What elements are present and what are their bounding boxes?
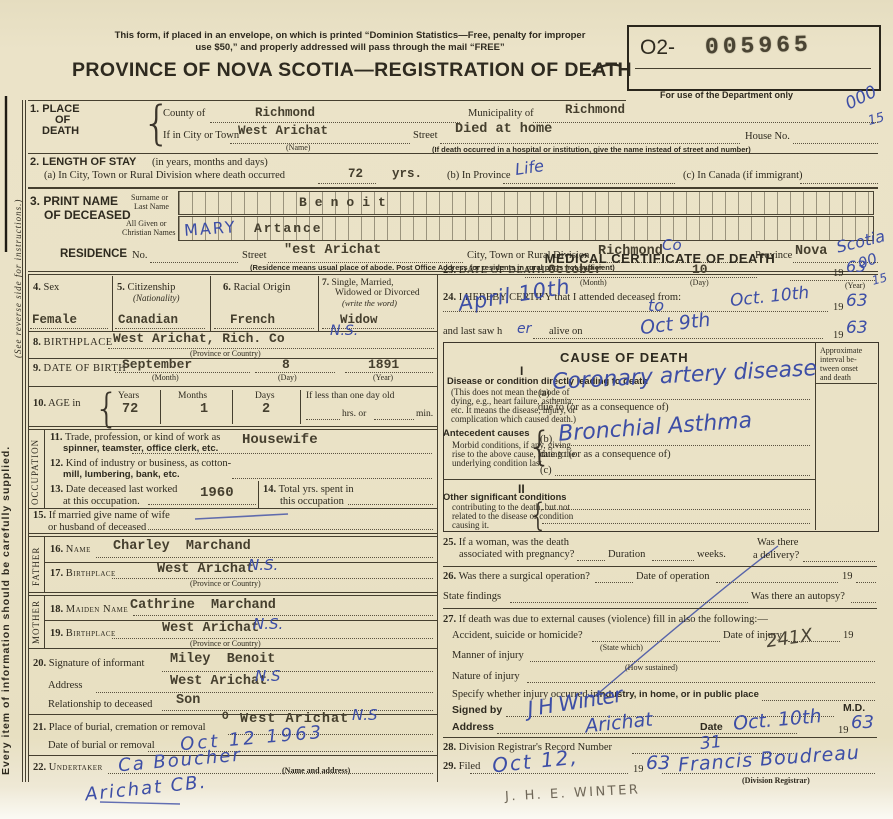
s10-div1	[160, 390, 161, 424]
s10-label: 10. AGE in	[33, 398, 81, 409]
street-field-line	[440, 142, 740, 144]
s6-text: Racial Origin	[234, 282, 291, 293]
s13-field-line	[148, 503, 256, 505]
mail-note-line2: use $50,” and properly addressed will pa…	[90, 42, 610, 53]
s13-label1: 13. Date deceased last worked	[50, 484, 177, 495]
s9-year-value: 1891	[368, 357, 399, 372]
s26-findings-line	[510, 601, 748, 603]
s21-pre-value: O	[222, 711, 229, 723]
s26-number: 26.	[443, 571, 456, 582]
s12-label1: 12. Kind of industry or business, as cot…	[50, 458, 231, 469]
s5-s6-divider	[210, 276, 211, 331]
s4-value: Female	[32, 313, 77, 327]
s17-label: 17. Birthplace	[50, 568, 116, 579]
residence-no-field-line	[150, 261, 238, 263]
s9-label: 9. DATE OF BIRTH	[33, 363, 126, 374]
s1-bottom-rule	[28, 153, 878, 154]
s25-label2: associated with pregnancy?	[459, 549, 574, 560]
s25-bottom-rule	[443, 566, 877, 567]
s20-number: 20.	[33, 658, 46, 669]
s13-text1: Date deceased last worked	[66, 484, 178, 495]
s12-label2: mill, lumbering, bank, etc.	[63, 469, 180, 480]
s16-number: 16.	[50, 544, 63, 555]
department-note: For use of the Department only	[660, 90, 793, 100]
s11-number: 11.	[50, 432, 63, 443]
s10-months-label: Months	[178, 391, 207, 401]
s7-label-line1: 7. Single, Married,	[322, 278, 394, 288]
form-title: PROVINCE OF NOVA SCOTIA—REGISTRATION OF …	[72, 59, 632, 82]
s27-specify-line	[762, 699, 875, 701]
given-handwritten-value: MARY	[183, 217, 237, 240]
cause-a-label: (a)	[538, 388, 550, 399]
cause-other-line1	[542, 508, 810, 510]
cause-other-brace: {	[528, 496, 548, 534]
s4-label: 4. Sex	[33, 282, 59, 293]
town-caption: (Name)	[286, 143, 310, 152]
s4-number: 4.	[33, 282, 41, 293]
town-field-line	[230, 142, 410, 144]
s5-field-line	[115, 327, 205, 329]
s17-number: 17.	[50, 568, 63, 579]
s7-number: 7.	[322, 278, 329, 288]
s13-s14-divider	[258, 481, 259, 508]
s27-manner-label: Manner of injury	[452, 650, 524, 661]
s10-div2	[232, 390, 233, 424]
s26-text1: Was there a surgical operation?	[459, 571, 590, 582]
s23-month-caption: (Month)	[580, 278, 607, 287]
s2c-label: (c) In Canada (if immigrant)	[683, 170, 803, 181]
s5-text: Citizenship	[128, 282, 176, 293]
town-label: If in City or Town	[163, 130, 239, 141]
s22-caption: (Name and address)	[282, 766, 350, 775]
s24-year2-value: 63	[846, 318, 868, 338]
s25-number: 25.	[443, 537, 456, 548]
s20-value: Miley Benoit	[170, 652, 275, 667]
s25-preg-line	[577, 559, 605, 561]
s14-label2: this occupation	[280, 496, 344, 507]
s10-hrs-line	[306, 418, 340, 420]
s26-label1: 26. Was there a surgical operation?	[443, 571, 590, 582]
column-divider	[437, 274, 438, 782]
s27-statewhich-caption: (State which)	[600, 643, 643, 652]
s20-relation-value: Son	[176, 693, 200, 708]
residence-street-label: Street	[242, 250, 267, 261]
s11-value: Housewife	[242, 432, 318, 448]
cause-a-field-line	[552, 398, 810, 400]
s18-value: Cathrine Marchand	[130, 598, 276, 613]
street-label: Street	[413, 130, 438, 141]
cause-b-label: (b)	[540, 434, 552, 445]
s23-day-value: 10	[692, 262, 708, 277]
s2a-value: 72	[348, 167, 363, 181]
s15-text1: If married give name of wife	[49, 510, 170, 521]
s26-bottom-rule	[443, 608, 877, 609]
s29-text: Filed	[459, 761, 481, 772]
s10-hrs-label: hrs. or	[342, 409, 366, 419]
s11-label1: 11. Trade, profession, or kind of work a…	[50, 432, 220, 443]
s2a-label: (a) In City, Town or Rural Division wher…	[44, 170, 285, 181]
s23-number: 23.	[443, 265, 456, 276]
cause-c-field-line	[555, 474, 810, 476]
s10-days-label: Days	[255, 391, 275, 401]
s2-heading: 2. LENGTH OF STAY	[30, 156, 136, 168]
s27-year-prefix: 19	[843, 630, 854, 641]
s11-text1: Trade, profession, or kind of work as	[65, 432, 220, 443]
s23-month-value: October	[548, 262, 603, 277]
s27-text1: If death was due to external causes (vio…	[459, 614, 768, 625]
mother-group-label: MOTHER	[31, 600, 41, 644]
s15-number: 15.	[33, 510, 46, 521]
s20-field-line	[162, 670, 433, 672]
s8-caption: (Province or Country)	[190, 349, 261, 358]
s9-bottom-rule	[28, 386, 437, 387]
s2a-field-line	[318, 182, 376, 184]
s26-op-line	[595, 581, 633, 583]
s27-nature-line	[527, 681, 875, 683]
s15-bottom-rule1	[28, 533, 437, 534]
registration-number-box-line	[635, 68, 871, 69]
cause-other-line2	[542, 522, 810, 524]
father-bottom-rule1	[28, 592, 437, 593]
s5-label: 5. Citizenship	[117, 282, 175, 293]
s22-label: 22. Undertaker	[33, 762, 103, 773]
s2-label: LENGTH OF STAY	[42, 156, 136, 168]
s26-date-label: Date of operation	[636, 571, 709, 582]
s15-bottom-rule2	[28, 536, 437, 537]
s24-last-field-line	[533, 337, 823, 339]
signed-by-label: Signed by	[452, 704, 502, 716]
s19-text: Birthplace	[66, 628, 116, 639]
s19-value: West Arichat	[162, 621, 259, 636]
given-label2: Christian Names	[122, 228, 176, 237]
s25-wasthere-label: Was there	[757, 537, 798, 548]
s2-number: 2.	[30, 156, 39, 168]
mail-note-line1: This form, if placed in an envelope, on …	[90, 30, 610, 41]
s27-manner-line	[530, 660, 875, 662]
cause-interval-line2: interval be-	[820, 355, 857, 364]
s24-year1-prefix: 19	[833, 302, 844, 313]
cause-antecedent-label: Antecedent causes	[443, 428, 530, 439]
s6-s7-divider	[318, 276, 319, 331]
s26-date-line	[716, 581, 838, 583]
s8-number: 8.	[33, 337, 41, 348]
s8-hand: N.S.	[330, 323, 358, 339]
s25-text1: If a woman, was the death	[459, 537, 569, 548]
s24-last-label1: and last saw h	[443, 326, 502, 337]
s19-hand: N.S.	[253, 615, 283, 633]
s4-s5-divider	[112, 276, 113, 331]
s29-year-value: 63	[646, 752, 670, 774]
s29-number: 29.	[443, 761, 456, 772]
s8-field-line	[108, 347, 434, 349]
s6-label: 6. Racial Origin	[223, 282, 290, 293]
s24-last-label2: alive on	[549, 326, 583, 337]
s2c-field-line	[800, 182, 878, 184]
s19-caption: (Province or Country)	[190, 639, 261, 648]
county-value: Richmond	[255, 106, 315, 120]
s6-field-line	[214, 327, 314, 329]
s8-label: 8. BIRTHPLACE	[33, 337, 113, 348]
s10-div3	[300, 390, 301, 424]
s4-text: Sex	[44, 282, 60, 293]
s20-label: 20. Signature of informant	[33, 658, 144, 669]
s26-year-line	[856, 581, 876, 583]
occupation-group-divider	[44, 429, 45, 508]
s6-number: 6.	[223, 282, 231, 293]
house-no-field-line	[793, 142, 878, 144]
s17-value: West Arichat	[157, 562, 254, 577]
s20-text: Signature of informant	[49, 658, 145, 669]
s27-nature-label: Nature of injury	[452, 671, 520, 682]
s17-text: Birthplace	[66, 568, 116, 579]
s13-number: 13.	[50, 484, 63, 495]
s12-number: 12.	[50, 458, 63, 469]
s21-label: 21. Place of burial, cremation or remova…	[33, 722, 206, 733]
s9-month-value: September	[122, 357, 192, 372]
s10-days-value: 2	[262, 402, 270, 417]
s23-year-prefix: 19	[833, 268, 844, 279]
surname-value: Benoit	[299, 195, 394, 210]
s25-duration-line	[652, 559, 694, 561]
s5-value: Canadian	[118, 313, 178, 327]
s10-months-value: 1	[200, 402, 208, 417]
surname-comb-field	[178, 191, 874, 215]
s25-duration-label: Duration	[608, 549, 645, 560]
s3-heading-line2: OF DECEASED	[44, 208, 131, 222]
s25-delivery-label: a delivery?	[753, 550, 799, 561]
s4-field-line	[30, 327, 108, 329]
s10-min-label: min.	[416, 409, 433, 419]
s12-text1: Kind of industry or business, as cotton-	[66, 458, 231, 469]
s14-field-line	[348, 503, 433, 505]
s3-number: 3.	[30, 194, 40, 208]
s10-years-value: 72	[122, 402, 138, 417]
cause-due2-label: due to (or as a consequence of)	[540, 449, 671, 460]
margin-rule-inner	[25, 100, 26, 782]
s23-text: DATE OF DEATH	[459, 265, 545, 276]
s23-label: 23. DATE OF DEATH	[443, 265, 545, 276]
s13-label2: at this occupation.	[63, 496, 140, 507]
s2b-label: (b) In Province	[447, 170, 511, 181]
given-label1: All Given or	[126, 219, 166, 228]
s24-year1-value: 63	[846, 291, 868, 311]
s20-address-value: West Arichat	[170, 674, 267, 689]
s27-number: 27.	[443, 614, 456, 625]
signed-year-prefix: 19	[838, 725, 849, 736]
mother-bottom-rule	[28, 648, 437, 649]
s24-year2-prefix: 19	[833, 330, 844, 341]
death-registration-form: This form, if placed in an envelope, on …	[0, 0, 893, 819]
s17-field-line	[112, 577, 433, 579]
county-label: County of	[163, 108, 205, 119]
s15-field-line	[148, 528, 433, 530]
medical-certificate-title: MEDICAL CERTIFICATE OF DEATH	[443, 251, 877, 266]
s9-day-value: 8	[282, 357, 290, 372]
cause-due1-label: due to (or as a consequence of)	[538, 402, 669, 413]
s7-text1: Single, Married,	[332, 278, 394, 288]
house-no-label: House No.	[745, 131, 790, 142]
s3-label1: PRINT NAME	[43, 194, 118, 208]
s26-year-prefix: 19	[842, 571, 853, 582]
s18-text: Maiden Name	[66, 604, 128, 615]
cause-interval-rule	[815, 383, 877, 384]
cause-c-label: (c)	[540, 465, 552, 476]
s26-autopsy-line	[851, 601, 876, 603]
s27-accident-label: Accident, suicide or homicide?	[452, 630, 583, 641]
s10-years-label: Years	[118, 391, 139, 401]
s20-address-label: Address	[48, 680, 82, 691]
s19-number: 19.	[50, 628, 63, 639]
s2-bottom-rule	[28, 187, 878, 189]
s7-label-line2: Widowed or Divorced	[335, 288, 420, 298]
s29-label: 29. Filed	[443, 761, 480, 772]
s9-month-caption: (Month)	[152, 373, 179, 382]
s15-label2: or husband of deceased	[48, 522, 146, 533]
municipality-label: Municipality of	[468, 108, 534, 119]
cause-bc-brace: {	[527, 424, 552, 470]
s1-heading-line3: DEATH	[42, 125, 79, 137]
residence-no-label: No.	[132, 250, 147, 261]
father-group-divider	[44, 536, 45, 592]
form-number-prefix: O2-	[640, 36, 675, 60]
s10-less-label: If less than one day old	[306, 391, 394, 401]
s7-paren: (write the word)	[342, 298, 397, 308]
s17-caption: (Province or Country)	[190, 579, 261, 588]
signed-address-label: Address	[452, 721, 494, 733]
s10-bottom-rule2	[28, 429, 437, 430]
left-column-edge	[28, 274, 29, 782]
s23-year-caption: (Year)	[845, 281, 865, 290]
s18-label: 18. Maiden Name	[50, 604, 128, 615]
s29-year-prefix: 19	[633, 764, 644, 775]
s21-hand: N.S	[352, 706, 378, 724]
s27-how-caption: (How sustained)	[625, 663, 678, 672]
signed-bottom-rule	[443, 737, 877, 738]
s28-number: 28.	[443, 742, 456, 753]
cause-interval-line4: and death	[820, 373, 851, 382]
s25-weeks-label: weeks.	[697, 549, 726, 560]
s21-text: Place of burial, cremation or removal	[49, 722, 206, 733]
s10-number: 10.	[33, 398, 46, 409]
given-typed-value: Artance	[254, 221, 323, 236]
s23-day-caption: (Day)	[690, 278, 709, 287]
occupation-group-label: OCCUPATION	[30, 433, 40, 505]
s9-text: DATE OF BIRTH	[44, 363, 127, 374]
s24-er-hand: er	[517, 321, 531, 337]
municipality-field-line	[533, 121, 878, 123]
s8-text: BIRTHPLACE	[44, 337, 113, 348]
s16-value: Charley Marchand	[113, 539, 251, 554]
s16-label: 16. Name	[50, 544, 91, 555]
s19-label: 19. Birthplace	[50, 628, 116, 639]
s21-number: 21.	[33, 722, 46, 733]
cause-interval-line1: Approximate	[820, 346, 862, 355]
s25-label1: 25. If a woman, was the death	[443, 537, 569, 548]
s9-number: 9.	[33, 363, 41, 374]
margin-rule-outer	[22, 100, 23, 782]
s24-field-line	[443, 310, 828, 312]
s20-relation-label: Relationship to deceased	[48, 699, 152, 710]
s13-value: 1960	[200, 485, 234, 501]
spouse-blank-stroke	[195, 514, 288, 519]
s9-day-caption: (Day)	[278, 373, 297, 382]
s2a-units: yrs.	[392, 167, 422, 181]
father-group-label: FATHER	[31, 542, 41, 586]
s3-heading-line1: 3. PRINT NAME	[30, 194, 118, 208]
street-value: Died at home	[455, 122, 552, 137]
s22-text: Undertaker	[49, 762, 103, 773]
residence-label: RESIDENCE	[60, 248, 127, 260]
s26-findings-label: State findings	[443, 591, 501, 602]
s2b-value: Life	[514, 156, 545, 179]
s14-number: 14.	[263, 484, 276, 495]
s17-hand: N.S.	[248, 556, 278, 574]
s16-text: Name	[66, 544, 91, 555]
cause-interval-line3: tween onset	[820, 364, 858, 373]
surname-label1: Surname or	[131, 193, 168, 202]
s1-number: 1.	[30, 103, 39, 115]
s10-min-line	[374, 418, 414, 420]
s26-autopsy-label: Was there an autopsy?	[751, 591, 845, 602]
signed-year-value: 63	[851, 712, 874, 733]
s11-field-line	[132, 452, 432, 454]
s19-field-line	[112, 637, 433, 639]
s24-number: 24.	[443, 292, 456, 303]
s21-date-label: Date of burial or removal	[48, 740, 155, 751]
s8-value: West Arichat, Rich. Co	[113, 331, 285, 346]
s27-accident-line	[592, 640, 720, 642]
town-value: West Arichat	[238, 124, 328, 138]
municipality-value: Richmond	[565, 103, 625, 117]
s20-address-hand: N.S	[255, 667, 281, 685]
s1-brace: {	[142, 96, 171, 150]
county-field-line	[210, 121, 460, 123]
s22-number: 22.	[33, 762, 46, 773]
form-number-stamp: 005965	[705, 32, 812, 61]
s25-delivery-line	[803, 560, 875, 562]
s6-value: French	[230, 313, 275, 327]
cause-mid-rule	[443, 479, 815, 480]
s27-label1: 27. If death was due to external causes …	[443, 614, 768, 625]
s14-label1: 14. Total yrs. spent in	[263, 484, 354, 495]
s10-text: AGE in	[48, 398, 80, 409]
form-top-rule	[28, 100, 626, 101]
s2-paren: (in years, months and days)	[152, 157, 268, 168]
cause-other-note3: causing it.	[452, 520, 489, 530]
s12-field-line	[232, 477, 432, 479]
s10-bottom-rule1	[28, 426, 437, 427]
father-bottom-rule2	[28, 595, 437, 596]
s20-address-field-line	[96, 691, 433, 693]
s20-relation-field-line	[162, 709, 433, 711]
residence-street-value: "est Arichat	[284, 243, 381, 258]
s14-text1: Total yrs. spent in	[279, 484, 354, 495]
s18-number: 18.	[50, 604, 63, 615]
s24-to-word: to	[648, 296, 664, 315]
s23-day-line	[662, 276, 757, 278]
mother-group-divider	[44, 595, 45, 648]
surname-label2: Last Name	[134, 202, 169, 211]
s23-year-value: 63	[846, 257, 866, 276]
s9-year-caption: (Year)	[373, 373, 393, 382]
s15-label1: 15. If married give name of wife	[33, 510, 170, 521]
s5-number: 5.	[117, 282, 125, 293]
s2b-field-line	[503, 182, 675, 184]
margin-supplied-note: Every item of information should be care…	[0, 330, 12, 775]
s5-paren: (Nationality)	[133, 293, 180, 303]
s29-caption: (Division Registrar)	[742, 776, 810, 785]
